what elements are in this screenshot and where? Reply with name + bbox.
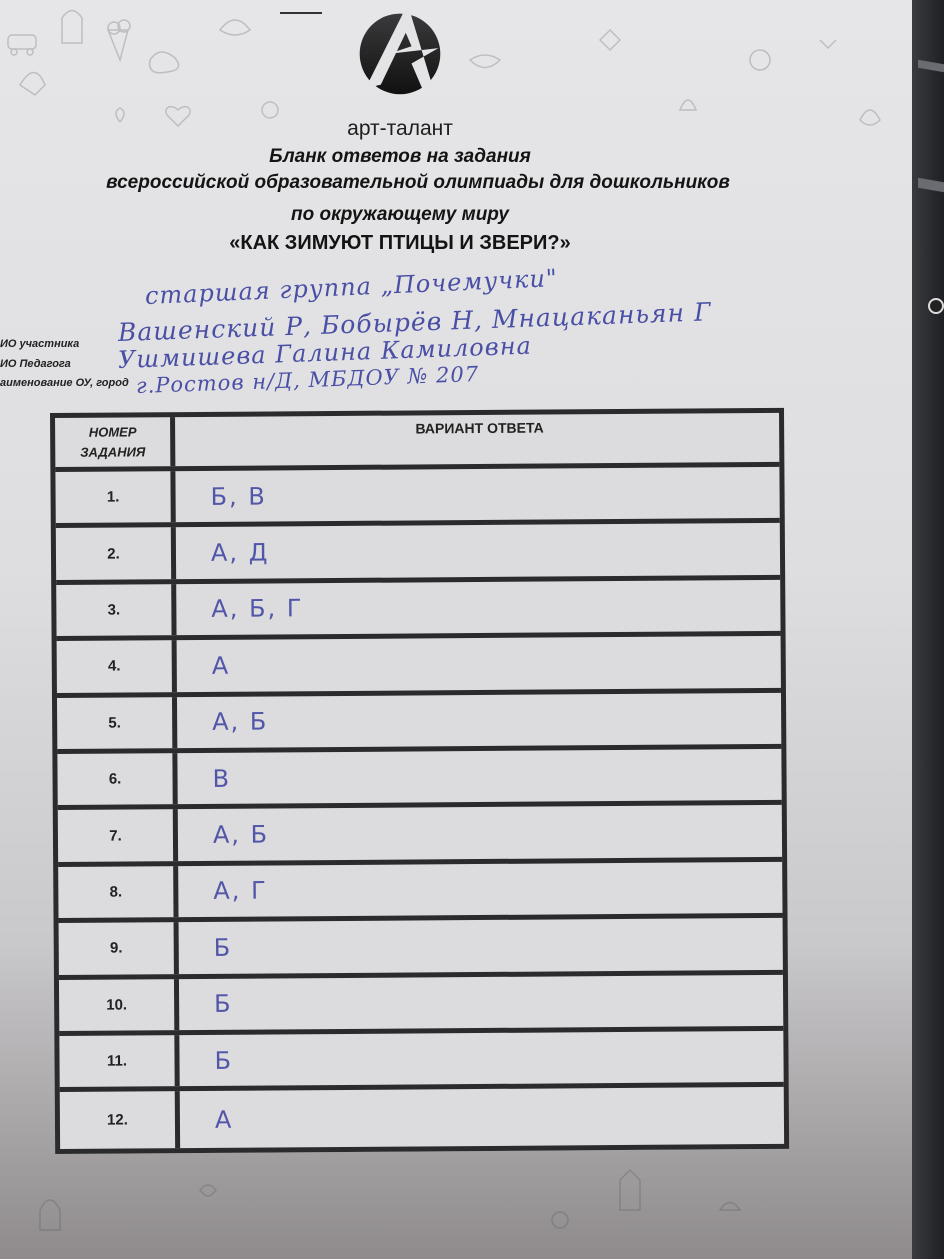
olympiad-title: «КАК ЗИМУЮТ ПТИЦЫ И ЗВЕРИ?» (0, 232, 800, 255)
task-number: 5. (57, 697, 177, 749)
table-row: 1.Б, В (55, 467, 779, 528)
table-row: 7.А, Б (58, 805, 782, 866)
table-row: 2.А, Д (56, 523, 780, 584)
title-line-1: Бланк ответов на задания (0, 146, 800, 168)
handwritten-answer: Б (214, 990, 233, 1018)
doodle-pattern-bottom (0, 1150, 915, 1259)
table-row: 5.А, Б (57, 692, 781, 753)
answer-sheet: арт-талант Бланк ответов на задания всер… (0, 0, 915, 1259)
header-number-line-2: ЗАДАНИЯ (80, 442, 145, 462)
handwritten-answer: А (212, 652, 231, 680)
table-row: 10.Б (59, 974, 783, 1035)
brand-name: арт-талант (0, 117, 800, 141)
teacher-label: ИО Педагога (0, 358, 71, 370)
table-row: 9.Б (59, 918, 783, 979)
handwritten-answer: Б, В (210, 482, 266, 510)
table-row: 3.А, Б, Г (56, 580, 780, 641)
decorative-line (280, 12, 322, 14)
answer-cell: Б (184, 1031, 783, 1087)
school-label: аименование ОУ, город (0, 377, 129, 389)
participant-label: ИО участника (0, 338, 79, 350)
task-number: 6. (57, 753, 177, 805)
table-row: 11.Б (59, 1031, 783, 1092)
table-row: 4.А (57, 636, 781, 697)
handwritten-answer: А, Б (212, 708, 268, 736)
handwritten-answer: А (215, 1105, 234, 1133)
answer-cell: А (182, 636, 781, 692)
task-number: 8. (58, 866, 178, 918)
task-number: 4. (57, 640, 177, 692)
title-line-3: по окружающему миру (0, 204, 800, 226)
handwritten-answer: А, Б (213, 821, 269, 849)
title-line-2: всероссийской образовательной олимпиады … (18, 172, 818, 194)
task-number: 2. (56, 528, 176, 580)
answer-cell: А, Б (182, 692, 781, 748)
handwritten-answer: В (212, 764, 231, 792)
table-header-row: НОМЕР ЗАДАНИЯ ВАРИАНТ ОТВЕТА (55, 413, 779, 472)
answer-cell: А, Г (183, 862, 782, 918)
task-number: 3. (56, 584, 176, 636)
task-number: 7. (58, 810, 178, 862)
task-number: 1. (55, 471, 175, 523)
art-talant-logo-icon (352, 4, 448, 100)
table-row: 6.В (57, 749, 781, 810)
handwritten-group: старшая группа „Почемучки" (144, 264, 558, 310)
table-row: 12.А (60, 1087, 784, 1148)
handwritten-answer: Б (214, 934, 233, 962)
header-task-number: НОМЕР ЗАДАНИЯ (55, 417, 175, 467)
answer-cell: А, Б, Г (181, 580, 780, 636)
answer-cell: Б (184, 918, 783, 974)
task-number: 10. (59, 979, 179, 1031)
task-number: 11. (59, 1035, 179, 1087)
task-number: 9. (59, 922, 179, 974)
answers-table: НОМЕР ЗАДАНИЯ ВАРИАНТ ОТВЕТА 1.Б, В2.А, … (50, 408, 789, 1154)
answer-cell: Б, В (180, 467, 779, 523)
answer-cell: Б (184, 974, 783, 1030)
handwritten-answer: Б (214, 1046, 233, 1074)
answer-cell: А, Д (181, 523, 780, 579)
answer-cell: В (182, 749, 781, 805)
handwritten-answer: А, Д (211, 539, 270, 567)
handwritten-answer: А, Б, Г (211, 595, 303, 624)
table-row: 8.А, Г (58, 862, 782, 923)
handwritten-answer: А, Г (213, 877, 268, 905)
header-answer-variant: ВАРИАНТ ОТВЕТА (180, 401, 779, 454)
desk-knob (928, 298, 944, 314)
answer-cell: А, Б (183, 805, 782, 861)
task-number: 12. (60, 1092, 180, 1149)
answer-cell: А (185, 1087, 784, 1148)
header-number-line-1: НОМЕР (89, 422, 137, 442)
